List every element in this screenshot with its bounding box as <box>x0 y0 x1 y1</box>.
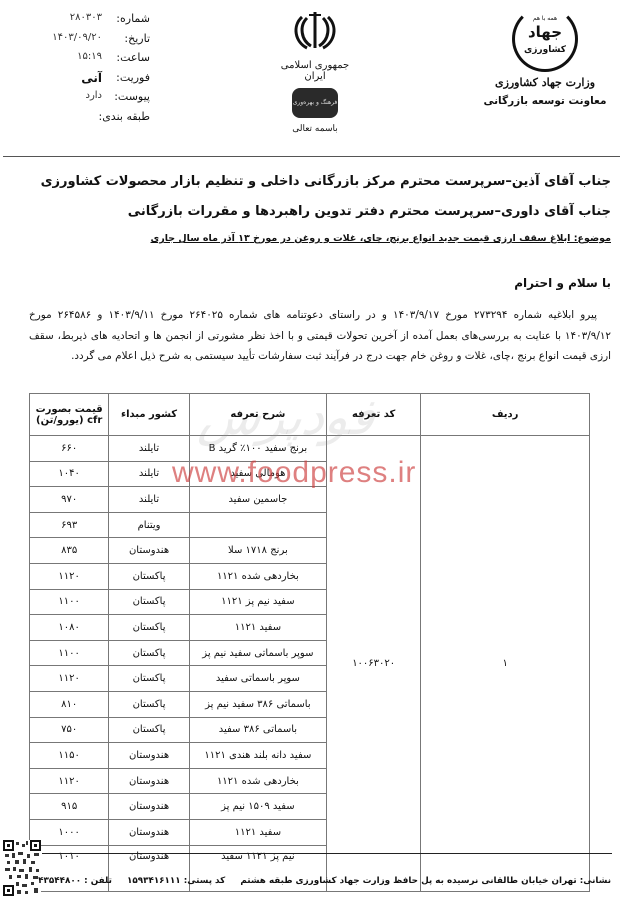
meta-time-label: ساعت: <box>116 51 150 64</box>
subject-line: موضوع: ابلاغ سقف ارزی قیمت جدید انواع بر… <box>151 233 611 244</box>
row-number-cell: ۱ <box>421 436 590 892</box>
price-cell: ۱۱۰۰ <box>30 640 109 666</box>
country-cell: تایلند <box>109 461 189 487</box>
description-cell: بخاردهی شده ۱۱۲۱ <box>189 768 326 794</box>
meta-time: ساعت: ۱۵:۱۹ <box>10 51 210 71</box>
footer-phone: تلفن : ۴۳۵۴۴۸۰۰ <box>38 876 112 886</box>
ministry-name: وزارت جهاد کشاورزی <box>470 76 620 89</box>
price-cell: ۱۰۸۰ <box>30 615 109 641</box>
header-price: قیمت بصورت cfr (یورو/تن) <box>30 394 109 436</box>
invocation-text: باسمه تعالی <box>280 124 350 134</box>
country-cell: هندوستان <box>109 538 189 564</box>
price-cell: ۱۰۴۰ <box>30 461 109 487</box>
price-cell: ۹۱۵ <box>30 794 109 820</box>
price-cell: ۱۱۲۰ <box>30 666 109 692</box>
country-cell: تایلند <box>109 436 189 462</box>
header-divider <box>3 156 620 157</box>
qr-code-icon <box>3 840 41 896</box>
price-cell: ۸۱۰ <box>30 691 109 717</box>
description-cell: برنج ۱۷۱۸ سلا <box>189 538 326 564</box>
country-cell: پاکستان <box>109 666 189 692</box>
logo-sub-text: کشاورزی <box>515 45 575 55</box>
price-cell: ۹۷۰ <box>30 487 109 513</box>
header-row-number: ردیف <box>421 394 590 436</box>
meta-number: شماره: ۲۸۰۳۰۳ <box>10 12 210 32</box>
country-cell: پاکستان <box>109 589 189 615</box>
meta-classification: طبقه بندی: <box>10 110 210 130</box>
price-cell: ۱۱۲۰ <box>30 768 109 794</box>
description-cell: سوپر باسماتی سفید نیم پز <box>189 640 326 666</box>
meta-classification-label: طبقه بندی: <box>98 110 150 123</box>
meta-time-value: ۱۵:۱۹ <box>77 51 102 62</box>
description-cell: سوپر باسماتی سفید <box>189 666 326 692</box>
footer-postal-code: کد پستی: ۱۵۹۳۴۱۶۱۱۱ <box>127 876 225 886</box>
description-cell: جاسمین سفید <box>189 487 326 513</box>
description-cell: باسماتی ۳۸۶ سفید <box>189 717 326 743</box>
description-cell: سفید دانه بلند هندی ۱۱۲۱ <box>189 743 326 769</box>
description-cell: سفید ۱۱۲۱ <box>189 819 326 845</box>
country-cell: هندوستان <box>109 819 189 845</box>
description-cell: بخاردهی شده ۱۱۲۱ <box>189 563 326 589</box>
price-cell: ۱۰۰۰ <box>30 819 109 845</box>
description-cell <box>189 512 326 538</box>
footer-contact: نشانی: تهران خیابان طالقانی نرسیده به پل… <box>26 876 611 886</box>
addressee-1: جناب آقای آذین–سرپرست محترم مرکز بازرگان… <box>41 174 611 189</box>
footer-address: نشانی: تهران خیابان طالقانی نرسیده به پل… <box>240 876 611 886</box>
description-cell: سفید ۱۵۰۹ نیم پز <box>189 794 326 820</box>
country-cell: تایلند <box>109 487 189 513</box>
price-cell: ۶۹۳ <box>30 512 109 538</box>
state-emblem-block: جمهوری اسلامی ایران فرهنگ و بهره‌وری باس… <box>280 8 350 134</box>
slogan-badge: فرهنگ و بهره‌وری <box>292 88 338 118</box>
ministry-logo-block: همه با هم جهاد کشاورزی وزارت جهاد کشاورز… <box>470 6 620 107</box>
letter-meta: شماره: ۲۸۰۳۰۳ تاریخ: ۱۴۰۳/۰۹/۲۰ ساعت: ۱۵… <box>10 12 210 129</box>
price-cell: ۷۵۰ <box>30 717 109 743</box>
greeting: با سلام و احترام <box>514 276 611 290</box>
header-origin-country: کشور مبداء <box>109 394 189 436</box>
meta-priority-label: فوریت: <box>116 71 150 84</box>
country-cell: پاکستان <box>109 615 189 641</box>
meta-priority: فوریت: آنی <box>10 71 210 91</box>
meta-number-value: ۲۸۰۳۰۳ <box>70 12 102 23</box>
meta-attachment-value: دارد <box>85 90 102 101</box>
description-cell: هومالی سفید <box>189 461 326 487</box>
meta-date-value: ۱۴۰۳/۰۹/۲۰ <box>52 32 102 43</box>
emblem-caption: جمهوری اسلامی ایران <box>280 60 350 82</box>
country-cell: پاکستان <box>109 563 189 589</box>
logo-motto: همه با هم <box>515 15 575 22</box>
description-cell: باسماتی ۳۸۶ سفید نیم پز <box>189 691 326 717</box>
meta-attachment-label: پیوست: <box>114 90 150 103</box>
country-cell: پاکستان <box>109 717 189 743</box>
meta-date-label: تاریخ: <box>124 32 150 45</box>
watermark-brand: فودپرس <box>196 388 379 446</box>
country-cell: هندوستان <box>109 743 189 769</box>
description-cell: سفید نیم پز ۱۱۲۱ <box>189 589 326 615</box>
description-cell: سفید ۱۱۲۱ <box>189 615 326 641</box>
price-cell: ۱۱۰۰ <box>30 589 109 615</box>
price-cell: ۸۳۵ <box>30 538 109 564</box>
price-cell: ۶۶۰ <box>30 436 109 462</box>
logo-main-text: جهاد <box>515 23 575 41</box>
country-cell: هندوستان <box>109 768 189 794</box>
country-cell: پاکستان <box>109 691 189 717</box>
footer-divider <box>42 853 612 854</box>
meta-number-label: شماره: <box>116 12 150 25</box>
department-name: معاونت توسعه بازرگانی <box>470 95 620 107</box>
ministry-logo-icon: همه با هم جهاد کشاورزی <box>512 6 578 72</box>
price-cell: ۱۱۵۰ <box>30 743 109 769</box>
body-paragraph: پیرو ابلاغیه شماره ۲۷۳۲۹۴ مورخ ۱۴۰۳/۹/۱۷… <box>29 305 611 367</box>
meta-attachment: پیوست: دارد <box>10 90 210 110</box>
tariff-code-cell: ۱۰۰۶۳۰۲۰ <box>327 436 421 892</box>
iran-emblem-icon <box>293 8 337 52</box>
country-cell: پاکستان <box>109 640 189 666</box>
meta-priority-value: آنی <box>81 71 102 85</box>
country-cell: ویتنام <box>109 512 189 538</box>
price-cell: ۱۱۲۰ <box>30 563 109 589</box>
country-cell: هندوستان <box>109 794 189 820</box>
tariff-price-table: ردیف کد تعرفه شرح تعرفه کشور مبداء قیمت … <box>29 393 590 892</box>
meta-date: تاریخ: ۱۴۰۳/۰۹/۲۰ <box>10 32 210 52</box>
addressee-2: جناب آقای داوری–سرپرست محترم دفتر تدوین … <box>128 204 611 219</box>
